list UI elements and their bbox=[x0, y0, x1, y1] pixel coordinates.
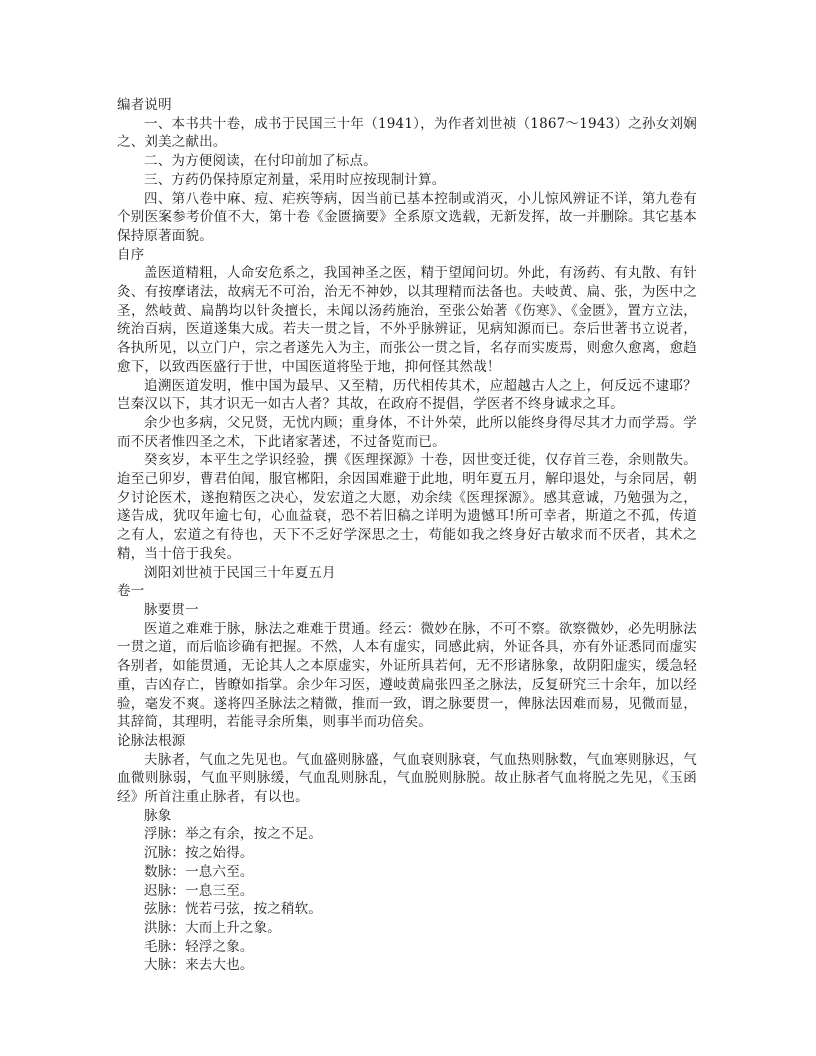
pulse-item: 数脉：一息六至。 bbox=[117, 863, 697, 882]
preface-paragraph: 盖医道精粗，人命安危系之，我国神圣之医，精于望闻问切。外此，有汤药、有丸散、有针… bbox=[117, 264, 697, 376]
pulse-item: 弦脉：恍若弓弦，按之稍软。 bbox=[117, 900, 697, 919]
pulse-images-heading: 脉象 bbox=[117, 807, 697, 826]
section-text-mai-fa-gen-yuan: 夫脉者，气血之先见也。气血盛则脉盛，气血衰则脉衰，气血热则脉数，气血寒则脉迟，气… bbox=[117, 751, 697, 807]
document-page: 编者说明 一、本书共十卷，成书于民国三十年（1941），为作者刘世祯（1867～… bbox=[117, 96, 697, 975]
pulse-item: 洪脉：大而上升之象。 bbox=[117, 919, 697, 938]
editor-note-item: 二、为方便阅读，在付印前加了标点。 bbox=[117, 152, 697, 171]
preface-heading: 自序 bbox=[117, 246, 697, 265]
pulse-item: 沉脉：按之始得。 bbox=[117, 844, 697, 863]
preface-signature: 浏阳刘世祯于民国三十年夏五月 bbox=[117, 564, 697, 583]
section-heading-mai-fa-gen-yuan: 论脉法根源 bbox=[117, 732, 697, 751]
preface-paragraph: 癸亥岁，本平生之学识经验，撰《医理探源》十卷，因世变迁徙，仅存首三卷，余则散失。… bbox=[117, 451, 697, 563]
pulse-item: 大脉：来去大也。 bbox=[117, 956, 697, 975]
section-heading-mai-yao-guan-yi: 脉要贯一 bbox=[117, 601, 697, 620]
pulse-item: 迟脉：一息三至。 bbox=[117, 882, 697, 901]
pulse-item: 浮脉：举之有余，按之不足。 bbox=[117, 825, 697, 844]
volume-heading: 卷一 bbox=[117, 582, 697, 601]
preface-paragraph: 余少也多病，父兄贤，无忧内顾；重身体，不计外荣，此所以能终身得尽其才力而学焉。学… bbox=[117, 414, 697, 451]
editor-note-item: 四、第八卷中麻、痘、疟疾等病，因当前已基本控制或消灭，小儿惊风辨证不详，第九卷有… bbox=[117, 190, 697, 246]
section-text-mai-yao-guan-yi: 医道之难难于脉，脉法之难难于贯通。经云：微妙在脉，不可不察。欲察微妙，必先明脉法… bbox=[117, 620, 697, 732]
preface-paragraph: 追溯医道发明，惟中国为最早、又至精，历代相传其术，应超越古人之上，何反远不逮耶？… bbox=[117, 377, 697, 414]
editor-note-heading: 编者说明 bbox=[117, 96, 697, 115]
editor-note-item: 一、本书共十卷，成书于民国三十年（1941），为作者刘世祯（1867～1943）… bbox=[117, 115, 697, 152]
editor-note-item: 三、方药仍保持原定剂量，采用时应按现制计算。 bbox=[117, 171, 697, 190]
pulse-item: 毛脉：轻浮之象。 bbox=[117, 938, 697, 957]
